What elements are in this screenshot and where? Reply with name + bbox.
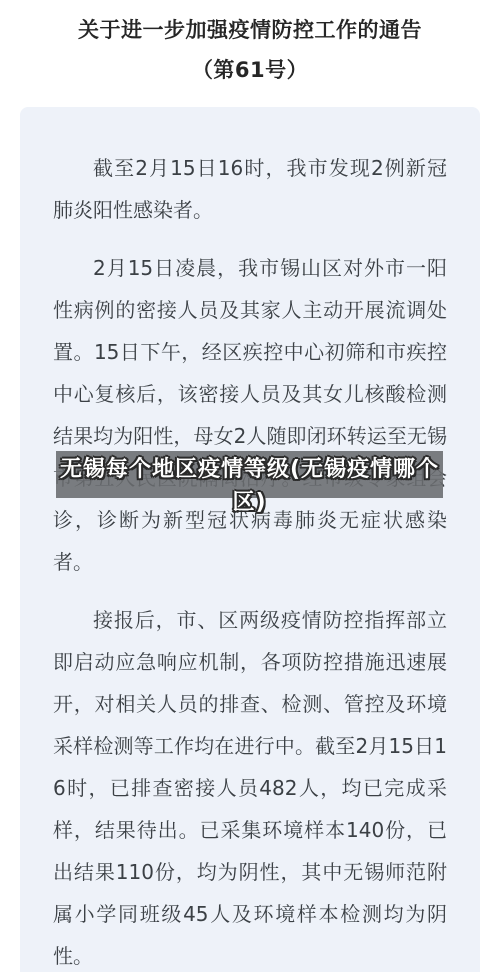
notice-header: 关于进一步加强疫情防控工作的通告 （第61号） [0,0,500,90]
notice-paragraph-1: 截至2月15日16时，我市发现2例新冠肺炎阳性感染者。 [53,147,447,231]
notice-paragraph-3: 接报后，市、区两级疫情防控指挥部立即启动应急响应机制，各项防控措施迅速展开，对相… [53,599,447,972]
overlay-title-banner[interactable]: 无锡每个地区疫情等级(无锡疫情哪个 区) [56,451,443,498]
notice-title-line1: 关于进一步加强疫情防控工作的通告 [0,10,500,50]
notice-paragraph-2: 2月15日凌晨，我市锡山区对外市一阳性病例的密接人员及其家人主动开展流调处置。1… [53,247,447,583]
notice-title-line2: （第61号） [0,50,500,90]
overlay-title-line1: 无锡每个地区疫情等级(无锡疫情哪个 [56,453,443,486]
overlay-title-line2: 区) [56,486,443,519]
notice-body-panel: 截至2月15日16时，我市发现2例新冠肺炎阳性感染者。 2月15日凌晨，我市锡山… [20,107,480,972]
